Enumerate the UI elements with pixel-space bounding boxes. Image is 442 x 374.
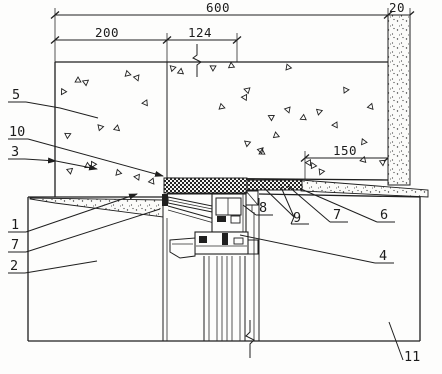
- callout-8: 8: [259, 200, 267, 216]
- dim-edge-layer: 20: [389, 0, 405, 15]
- detail-section-svg: 600 20 200 124 150: [0, 0, 442, 374]
- callout-2: 2: [10, 258, 18, 274]
- callout-10: 10: [9, 124, 25, 140]
- concrete-slab: [55, 44, 408, 197]
- callouts-right: 8 9 7 6 4 11: [240, 185, 420, 365]
- exterior-render-strip: [388, 15, 410, 185]
- callout-7-right: 7: [333, 207, 341, 223]
- concrete-aggregate-symbols: [59, 62, 387, 184]
- callout-7-left: 7: [11, 237, 19, 253]
- dim-mid-span: 124: [188, 25, 212, 40]
- dim-total-width: 600: [206, 0, 230, 15]
- callout-5: 5: [12, 87, 20, 103]
- window-frame-shaft: [204, 256, 254, 358]
- window-frame-head: [162, 191, 258, 258]
- dim-right-offset: 150: [333, 143, 357, 158]
- sealing-band: [164, 178, 302, 193]
- dimension-lines: 600 20 200 124 150: [51, 0, 414, 179]
- construction-detail-drawing: 600 20 200 124 150: [0, 0, 442, 374]
- callout-4: 4: [379, 248, 387, 264]
- break-line-bottom: [246, 320, 254, 358]
- break-line-top: [193, 44, 201, 77]
- callout-11: 11: [404, 349, 420, 365]
- callout-1: 1: [11, 217, 19, 233]
- callout-6: 6: [380, 207, 388, 223]
- dim-left-span: 200: [95, 25, 119, 40]
- callout-3: 3: [11, 144, 19, 160]
- callouts-left: 5 10 3 1 7 2: [8, 87, 163, 274]
